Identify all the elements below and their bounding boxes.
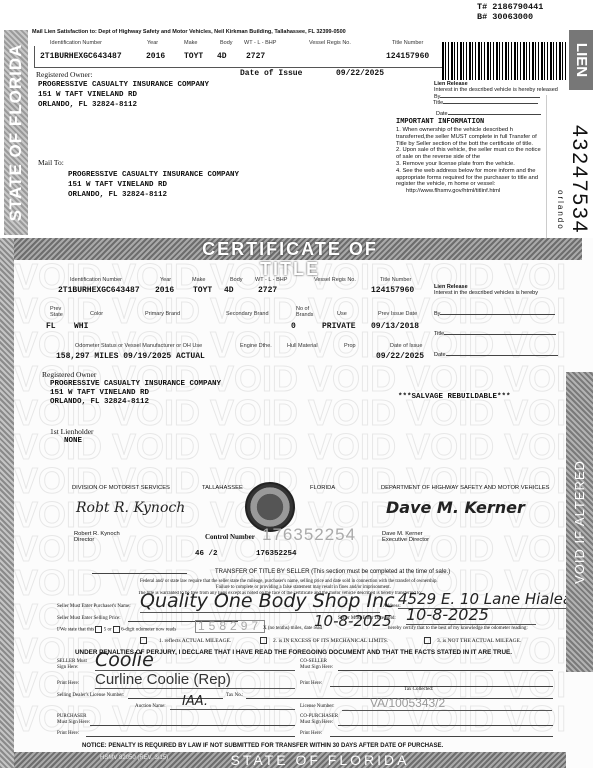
title-number-value: 124157960 <box>386 52 429 61</box>
lien-date-field[interactable]: Date <box>436 111 546 117</box>
lien-release-text: Interest in the described vehicle is her… <box>434 87 558 93</box>
cert-title-number-label: Title Number <box>380 277 411 283</box>
cert-wt-value: 2727 <box>258 286 277 295</box>
year-value: 2016 <box>146 52 165 61</box>
mail-lien-header: Mail Lien Satisfaction to: Dept of Highw… <box>32 29 346 35</box>
certificate-title: CERTIFICATE OF TITLE <box>170 239 410 259</box>
wt-value: 2727 <box>246 52 265 61</box>
purchaser-name-field[interactable]: Quality One Body Shop Inc <box>140 590 380 613</box>
transfer-legal-1: Federal and/ or state law require that t… <box>140 579 560 584</box>
seller-print-label: Print Here: <box>57 681 79 686</box>
executive-signature: Dave M. Kerner <box>386 498 525 517</box>
control-number-label: Control Number <box>205 533 255 541</box>
cert-vin-label: Identification Number <box>70 277 122 283</box>
cert-body-label: Body <box>230 277 243 283</box>
form-number: HSMV 82050 (REV. 3/15) <box>100 755 168 761</box>
odometer-value: 158,297 MILES 09/19/2025 ACTUAL <box>56 352 205 361</box>
copurchaser-print-field[interactable] <box>330 736 553 737</box>
state-of-florida-band: STATE OF FLORIDA <box>4 30 28 235</box>
control-code: 46 /2 <box>195 550 218 558</box>
certificate-left-border <box>0 238 14 768</box>
registered-owner-label: Registered Owner: <box>36 70 92 79</box>
purchaser-print-label: Print Here: <box>57 731 79 736</box>
copurchaser-print-label: Print Here: <box>300 731 322 736</box>
prev-state-label: Prev State <box>50 306 68 318</box>
date-sold-field[interactable]: 10-8-2025 <box>406 605 536 625</box>
option-not-actual[interactable]: 3. is NOT THE ACTUAL MILEAGE. <box>424 637 521 644</box>
coseller-signature-field[interactable] <box>338 670 553 671</box>
director-name-block: Robert R. Kynoch Director <box>74 531 120 543</box>
six-digit-checkbox[interactable] <box>113 626 120 633</box>
lienholder-label: 1st Lienholder <box>50 427 94 436</box>
dealer-license-label: Selling Dealer's License Number: <box>57 693 124 698</box>
cert-wt-label: WT - L - BHP <box>255 277 287 283</box>
lienholder-value: NONE <box>64 437 82 445</box>
prev-state-value: FL <box>46 322 56 331</box>
info-url: http://www.flhsmv.gov/html/titlinf.html <box>396 188 544 195</box>
primary-brand-label: Primary Brand <box>145 311 180 317</box>
no-brands-label: No of Brands <box>296 306 318 318</box>
excess-checkbox[interactable] <box>260 637 267 644</box>
date-read-field[interactable]: 10-8-2025 <box>314 612 392 630</box>
transfer-heading: TRANSFER OF TITLE BY SELLER (This sectio… <box>215 569 450 575</box>
hull-label: Hull Material <box>287 343 318 349</box>
important-info-title: IMPORTANT INFORMATION <box>396 118 484 126</box>
division-label: DIVISION OF MOTORIST SERVICES <box>72 485 170 491</box>
control-number-small: 176352254 <box>256 550 297 558</box>
director-signature: Robt R. Kynoch <box>76 500 185 516</box>
cert-year-label: Year <box>160 277 171 283</box>
cert-lien-date-field[interactable]: Date <box>434 352 564 358</box>
make-value: TOYT <box>184 52 203 61</box>
stub-owner-address: PROGRESSIVE CASUALTY INSURANCE COMPANY 1… <box>38 80 209 110</box>
barcode <box>442 42 568 80</box>
date-of-issue-value: 09/22/2025 <box>336 69 384 78</box>
odometer-label: Odometer Status or Vessel Manufacturer o… <box>75 343 202 349</box>
department-label: DEPARTMENT OF HIGHWAY SAFETY AND MOTOR V… <box>381 485 549 491</box>
cert-date-issue-label: Date of Issue <box>390 343 422 349</box>
seller-print-field[interactable]: Curline Coolie (Rep) <box>95 671 295 689</box>
license-number-label: License Number: <box>300 704 335 709</box>
color-label: Color <box>90 311 103 317</box>
control-number-large: 176352254 <box>262 525 356 545</box>
cert-make-label: Make <box>192 277 205 283</box>
tracking-numbers: T# 2186790441 B# 30063000 <box>477 2 543 22</box>
cert-vin-value: 2T1BURHEXGC643487 <box>58 286 140 295</box>
stub-vehicle-fields: Identification Number Year Make Body WT … <box>34 40 444 68</box>
cert-date-issue-value: 09/22/2025 <box>376 352 424 361</box>
seller-sign-label: SELLER Must Sign Here: <box>57 659 87 671</box>
copurchaser-signature-field[interactable] <box>338 725 553 726</box>
cert-lien-title-field[interactable]: Title <box>434 331 564 337</box>
cert-title-number-value: 124157960 <box>371 286 414 295</box>
cert-vessel-label: Vessel Regis No. <box>314 277 356 283</box>
engine-label: Engine Dthe. <box>240 343 272 349</box>
prop-label: Prop <box>344 343 356 349</box>
state-label: FLORIDA <box>310 485 335 491</box>
no-brands-value: 0 <box>291 322 296 331</box>
vin-value: 2T1BURHEXGC643487 <box>40 52 122 61</box>
use-label: Use <box>337 311 347 317</box>
cert-lien-by-field[interactable]: By <box>434 311 564 317</box>
cert-body-value: 4D <box>224 286 234 295</box>
cert-lien-release-text: Interest in the described vehicles is he… <box>434 290 538 296</box>
selling-price-label: Seller Must Enter Selling Price: <box>57 616 121 621</box>
void-if-altered-band: VOID IF ALTERED <box>566 372 593 672</box>
odometer-statement: I/We state that this 5 or 6-digit odomet… <box>57 626 176 633</box>
coseller-print-field[interactable] <box>330 686 553 687</box>
use-value: PRIVATE <box>322 322 356 331</box>
brand-note: ***SALVAGE REBUILDABLE*** <box>398 393 511 401</box>
not-actual-checkbox[interactable] <box>424 637 431 644</box>
city-label: TALLAHASSEE <box>202 485 243 491</box>
certify-text: hereby certify that to the best of my kn… <box>388 626 528 631</box>
actual-mileage-checkbox[interactable] <box>140 637 147 644</box>
purchaser-print-field[interactable] <box>86 736 295 737</box>
date-of-issue-label: Date of Issue <box>240 69 302 78</box>
mail-to-label: Mail To: <box>38 158 64 167</box>
important-info-list: 1. When ownership of the vehicle describ… <box>396 127 544 195</box>
secondary-brand-label: Secondary Brand <box>226 311 269 317</box>
cert-owner-address: PROGRESSIVE CASUALTY INSURANCE COMPANY 1… <box>50 380 221 407</box>
mail-to-address: PROGRESSIVE CASUALTY INSURANCE COMPANY 1… <box>68 170 239 200</box>
auction-name-field[interactable]: IAA. <box>170 694 295 710</box>
odometer-reading-field[interactable]: 158297 <box>195 620 265 633</box>
purchaser-signature-field[interactable] <box>90 725 295 726</box>
cert-year-value: 2016 <box>155 286 174 295</box>
purchaser-name-label: Seller Must Enter Purchaser's Name: <box>57 604 131 609</box>
prev-issue-value: 09/13/2018 <box>371 322 419 331</box>
cert-registered-owner-label: Registered Owner <box>42 370 96 379</box>
license-number-field[interactable]: VA/1005343/2 <box>342 696 552 711</box>
option-actual-mileage[interactable]: 1. reflects ACTUAL MILEAGE. <box>140 637 231 644</box>
tax-collected-label: Tax Collected: <box>404 687 433 692</box>
coseller-print-label: Print Here: <box>300 681 322 686</box>
five-digit-checkbox[interactable] <box>95 626 102 633</box>
coseller-sign-label: CO-SELLER Must Sign Here: <box>300 659 334 671</box>
penalty-notice: NOTICE: PENALTY IS REQUIRED BY LAW IF NO… <box>82 743 443 749</box>
lien-title-field[interactable]: Title <box>433 100 543 106</box>
color-value: WHI <box>74 322 88 331</box>
lien-band: LIEN <box>569 30 593 90</box>
seller-signature-field[interactable]: Coolie <box>95 650 295 671</box>
body-value: 4D <box>217 52 227 61</box>
auction-label: Auction Name: <box>135 704 166 709</box>
prev-issue-label: Prev Issue Date <box>378 311 417 317</box>
cert-make-value: TOYT <box>193 286 212 295</box>
exec-name-block: Dave M. Kerner Executive Director <box>382 531 429 543</box>
option-excess[interactable]: 2. is IN EXCESS OF ITS MECHANICAL LIMITS… <box>260 637 388 644</box>
footer-state-band: STATE OF FLORIDA <box>220 752 420 768</box>
